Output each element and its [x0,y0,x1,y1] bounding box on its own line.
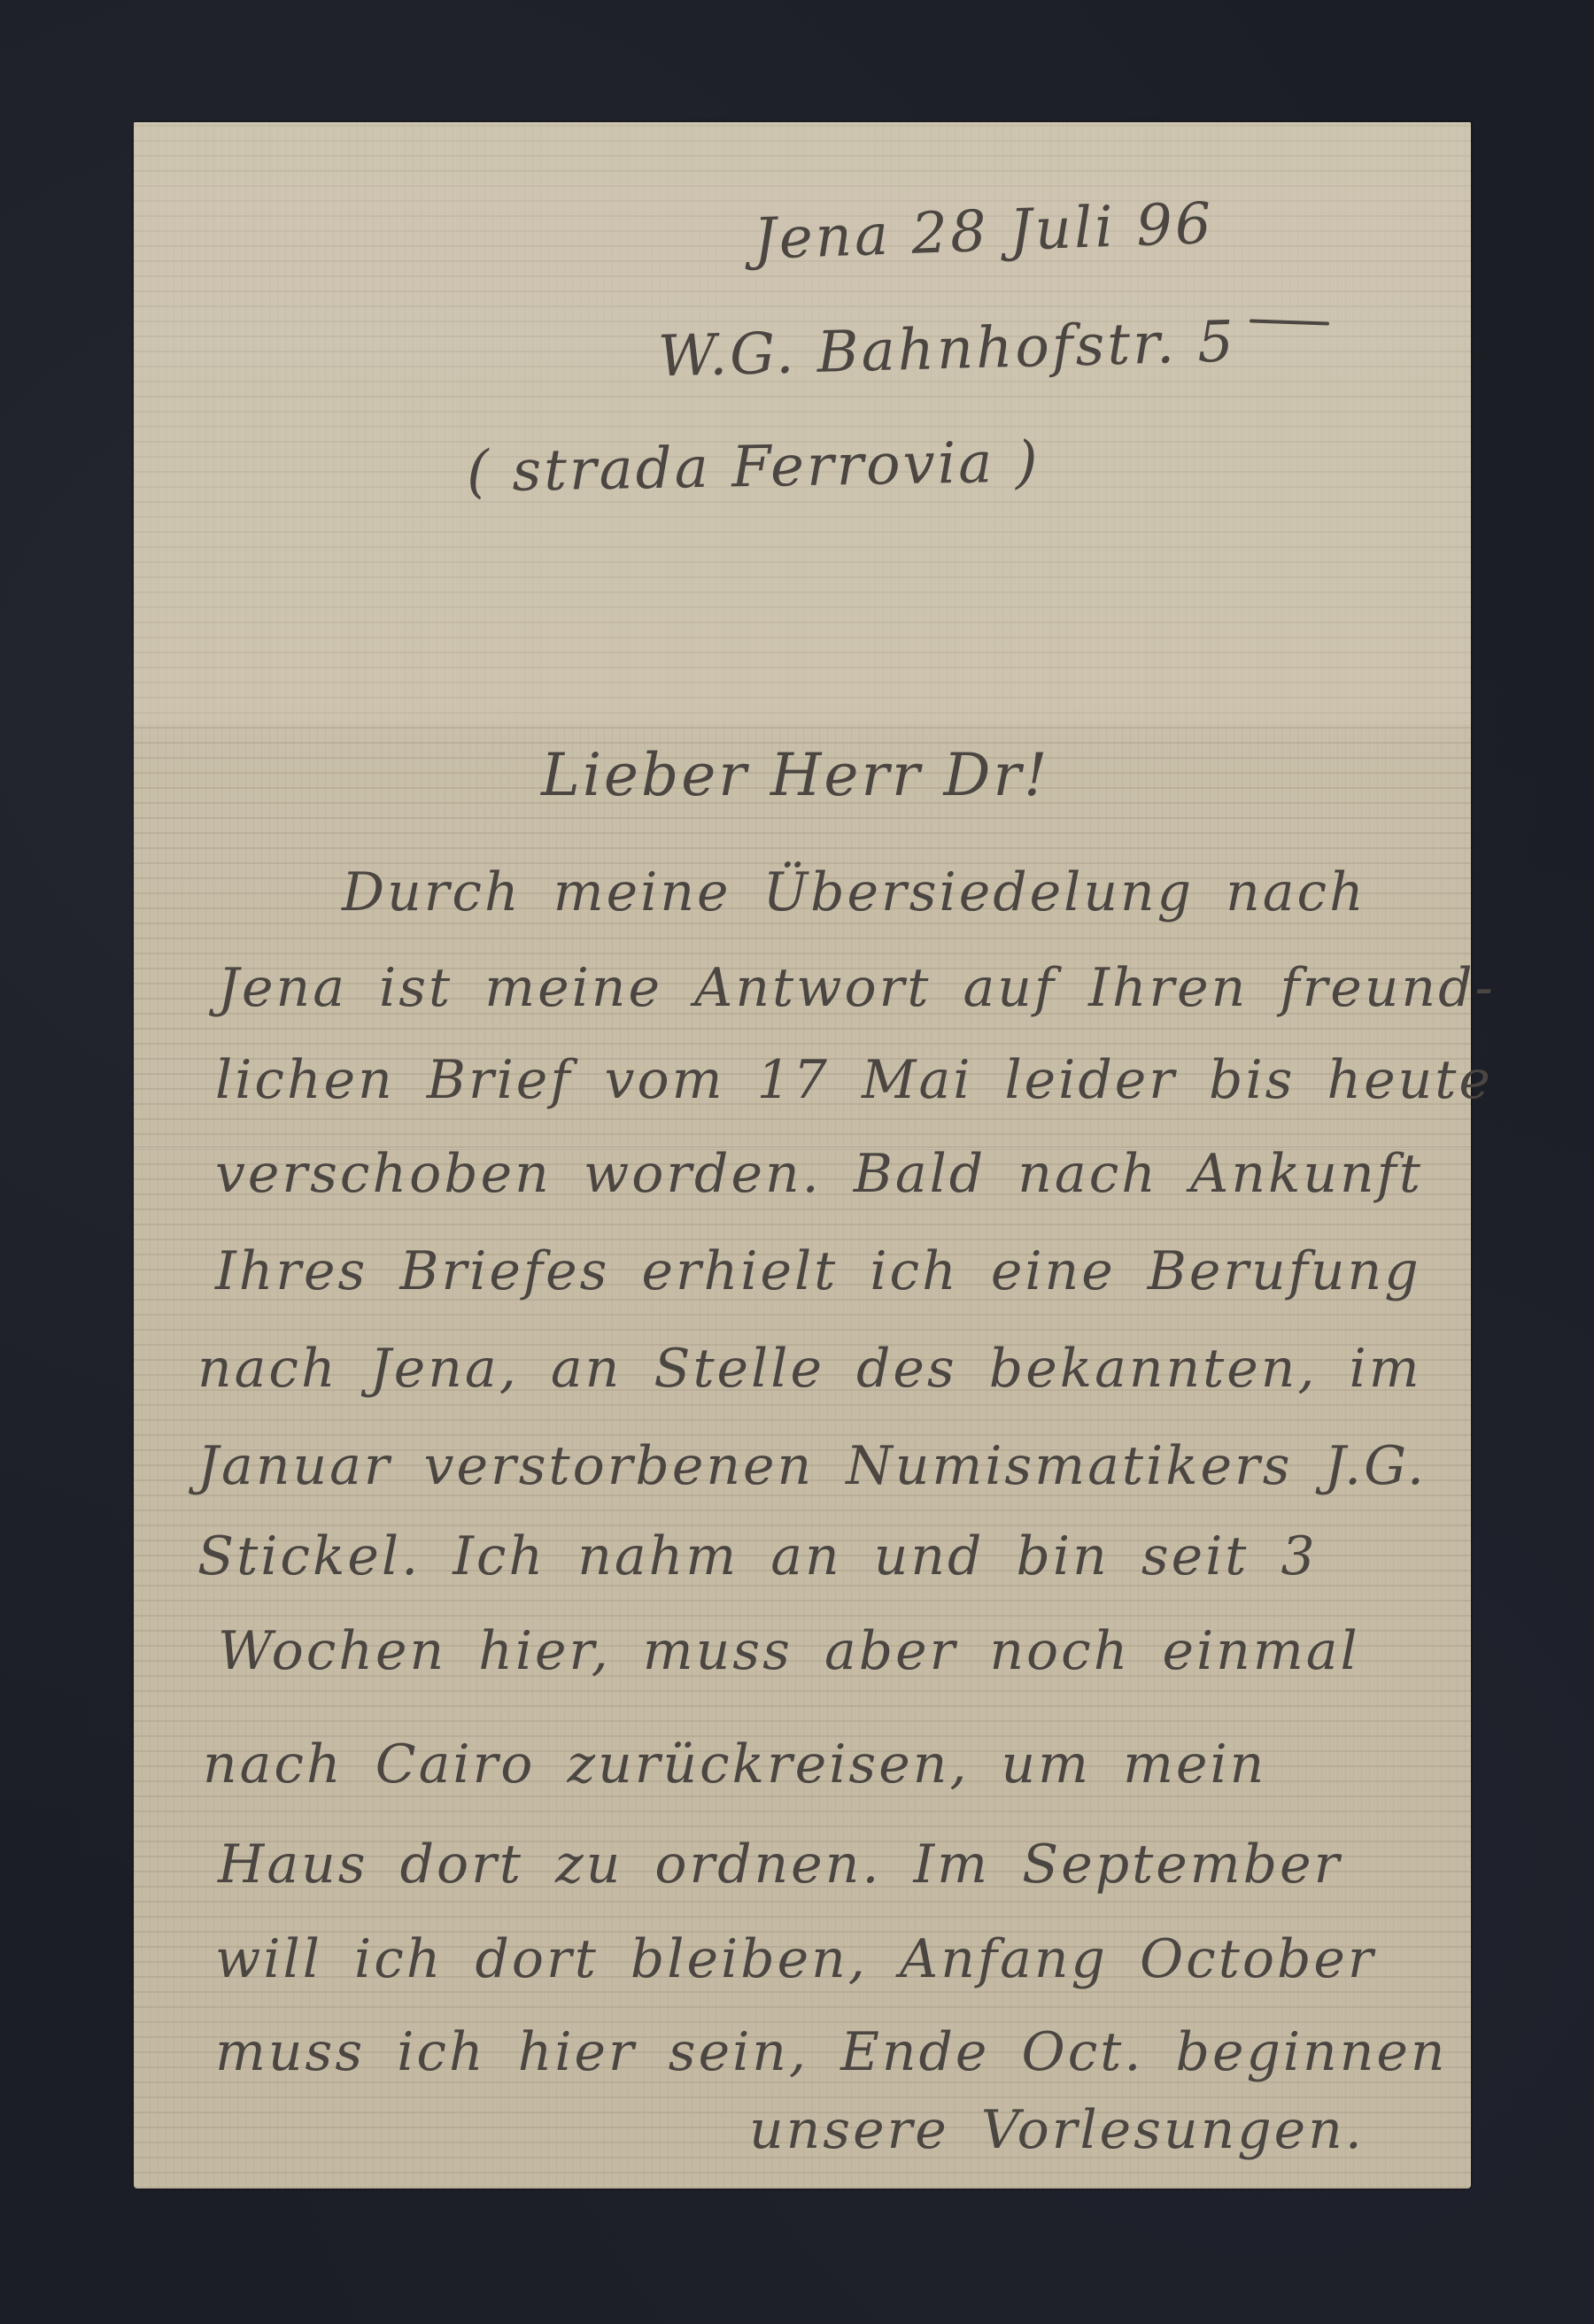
body-line-12: will ich dort bleiben, Anfang October [215,1933,1376,1986]
body-line-9: Wochen hier, muss aber noch einmal [218,1625,1360,1678]
body-line-5: Ihres Briefes erhielt ich eine Berufung [215,1245,1421,1298]
body-line-14: unsere Vorlesungen. [749,2104,1365,2157]
body-line-11: Haus dort zu ordnen. Im September [218,1838,1342,1891]
body-line-8: Stickel. Ich nahm an und bin seit 3 [197,1530,1318,1583]
body-line-6: nach Jena, an Stelle des bekannten, im [197,1342,1422,1395]
address-line: W.G. Bahnhofstr. 5 [657,313,1237,385]
place-date-line: Jena 28 Juli 96 [753,196,1215,268]
letter-page: Jena 28 Juli 96 W.G. Bahnhofstr. 5 ( str… [134,122,1471,2189]
body-line-10: nach Cairo zurückreisen, um mein [203,1738,1266,1791]
body-line-1: Durch meine Übersiedelung nach [342,866,1366,919]
body-line-13: muss ich hier sein, Ende Oct. beginnen [215,2026,1448,2079]
body-line-7: Januar verstorbenen Numismatikers J.G. [197,1440,1427,1493]
body-line-3: lichen Brief vom 17 Mai leider bis heute [215,1054,1493,1107]
address-note-line: ( strada Ferrovia ) [466,434,1041,500]
body-line-2: Jena ist meine Antwort auf Ihren freund- [218,961,1496,1015]
salutation: Lieber Herr Dr! [541,746,1050,805]
body-line-4: verschoben worden. Bald nach Ankunft [215,1147,1423,1201]
